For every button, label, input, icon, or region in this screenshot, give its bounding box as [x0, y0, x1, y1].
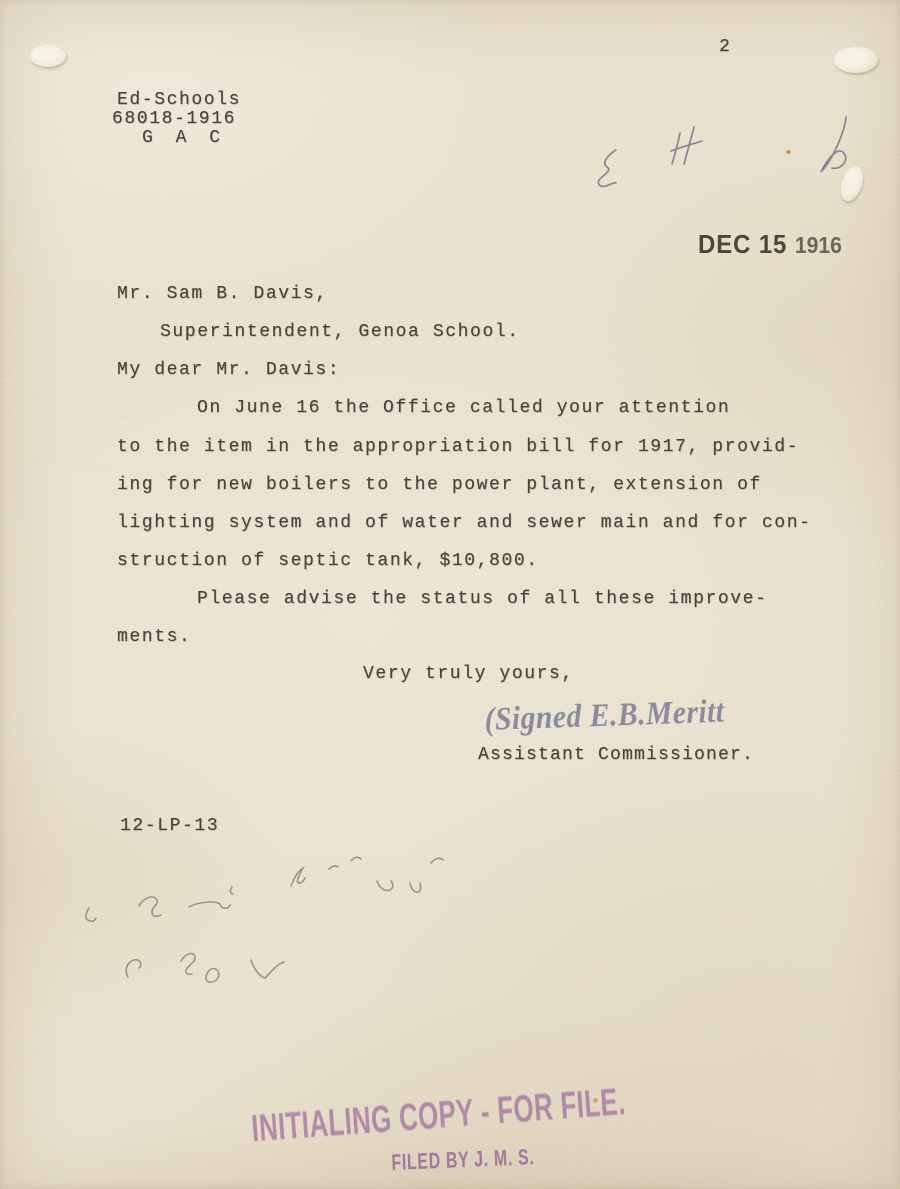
closing: Very truly yours, — [363, 665, 574, 684]
body-line: struction of septic tank, $10,800. — [117, 552, 539, 571]
pencil-initials — [598, 117, 846, 186]
salutation: My dear Mr. Davis: — [117, 361, 340, 380]
signer-title: Assistant Commissioner. — [478, 746, 754, 765]
pencil-shorthand-scribbles — [86, 857, 443, 982]
signature-stamp: (Signed E.B.Meritt — [484, 694, 725, 739]
recipient-title: Superintendent, Genoa School. — [160, 323, 520, 342]
body-line: ing for new boilers to the power plant, … — [117, 476, 762, 495]
body-line: lighting system and of water and sewer m… — [117, 514, 812, 533]
file-reference-line3: G A C — [142, 129, 226, 148]
paper-crease — [700, 181, 900, 193]
scanned-letter-page: 2 Ed-Schools 68018-1916 G A C DEC 15 191… — [0, 0, 900, 1189]
paper-damage-spot — [30, 45, 66, 67]
paper-crease — [0, 1028, 144, 1094]
body-line: On June 16 the Office called your attent… — [197, 399, 730, 418]
body-line: ments. — [117, 628, 191, 647]
paper-crease — [0, 377, 137, 420]
date-stamp-year: 1916 — [795, 232, 842, 258]
initialing-copy-stamp: INITIALING COPY - FOR FILE. — [250, 1081, 627, 1152]
file-reference-line2: 68018-1916 — [112, 110, 236, 129]
body-line: Please advise the status of all these im… — [197, 590, 767, 609]
file-reference-line1: Ed-Schools — [117, 91, 241, 110]
typist-reference: 12-LP-13 — [120, 817, 219, 836]
filed-by-stamp: FILED BY J. M. S. — [391, 1144, 535, 1176]
paper-speck — [786, 150, 791, 154]
recipient-name: Mr. Sam B. Davis, — [117, 285, 328, 304]
page-number: 2 — [719, 38, 731, 57]
date-stamp-month-day: DEC 15 — [698, 229, 787, 259]
body-line: to the item in the appropriation bill fo… — [117, 438, 799, 457]
paper-damage-spot — [837, 164, 867, 204]
received-date-stamp: DEC 15 1916 — [698, 229, 842, 260]
paper-crease — [846, 300, 848, 840]
paper-crease — [0, 449, 109, 470]
paper-damage-spot — [834, 47, 878, 73]
